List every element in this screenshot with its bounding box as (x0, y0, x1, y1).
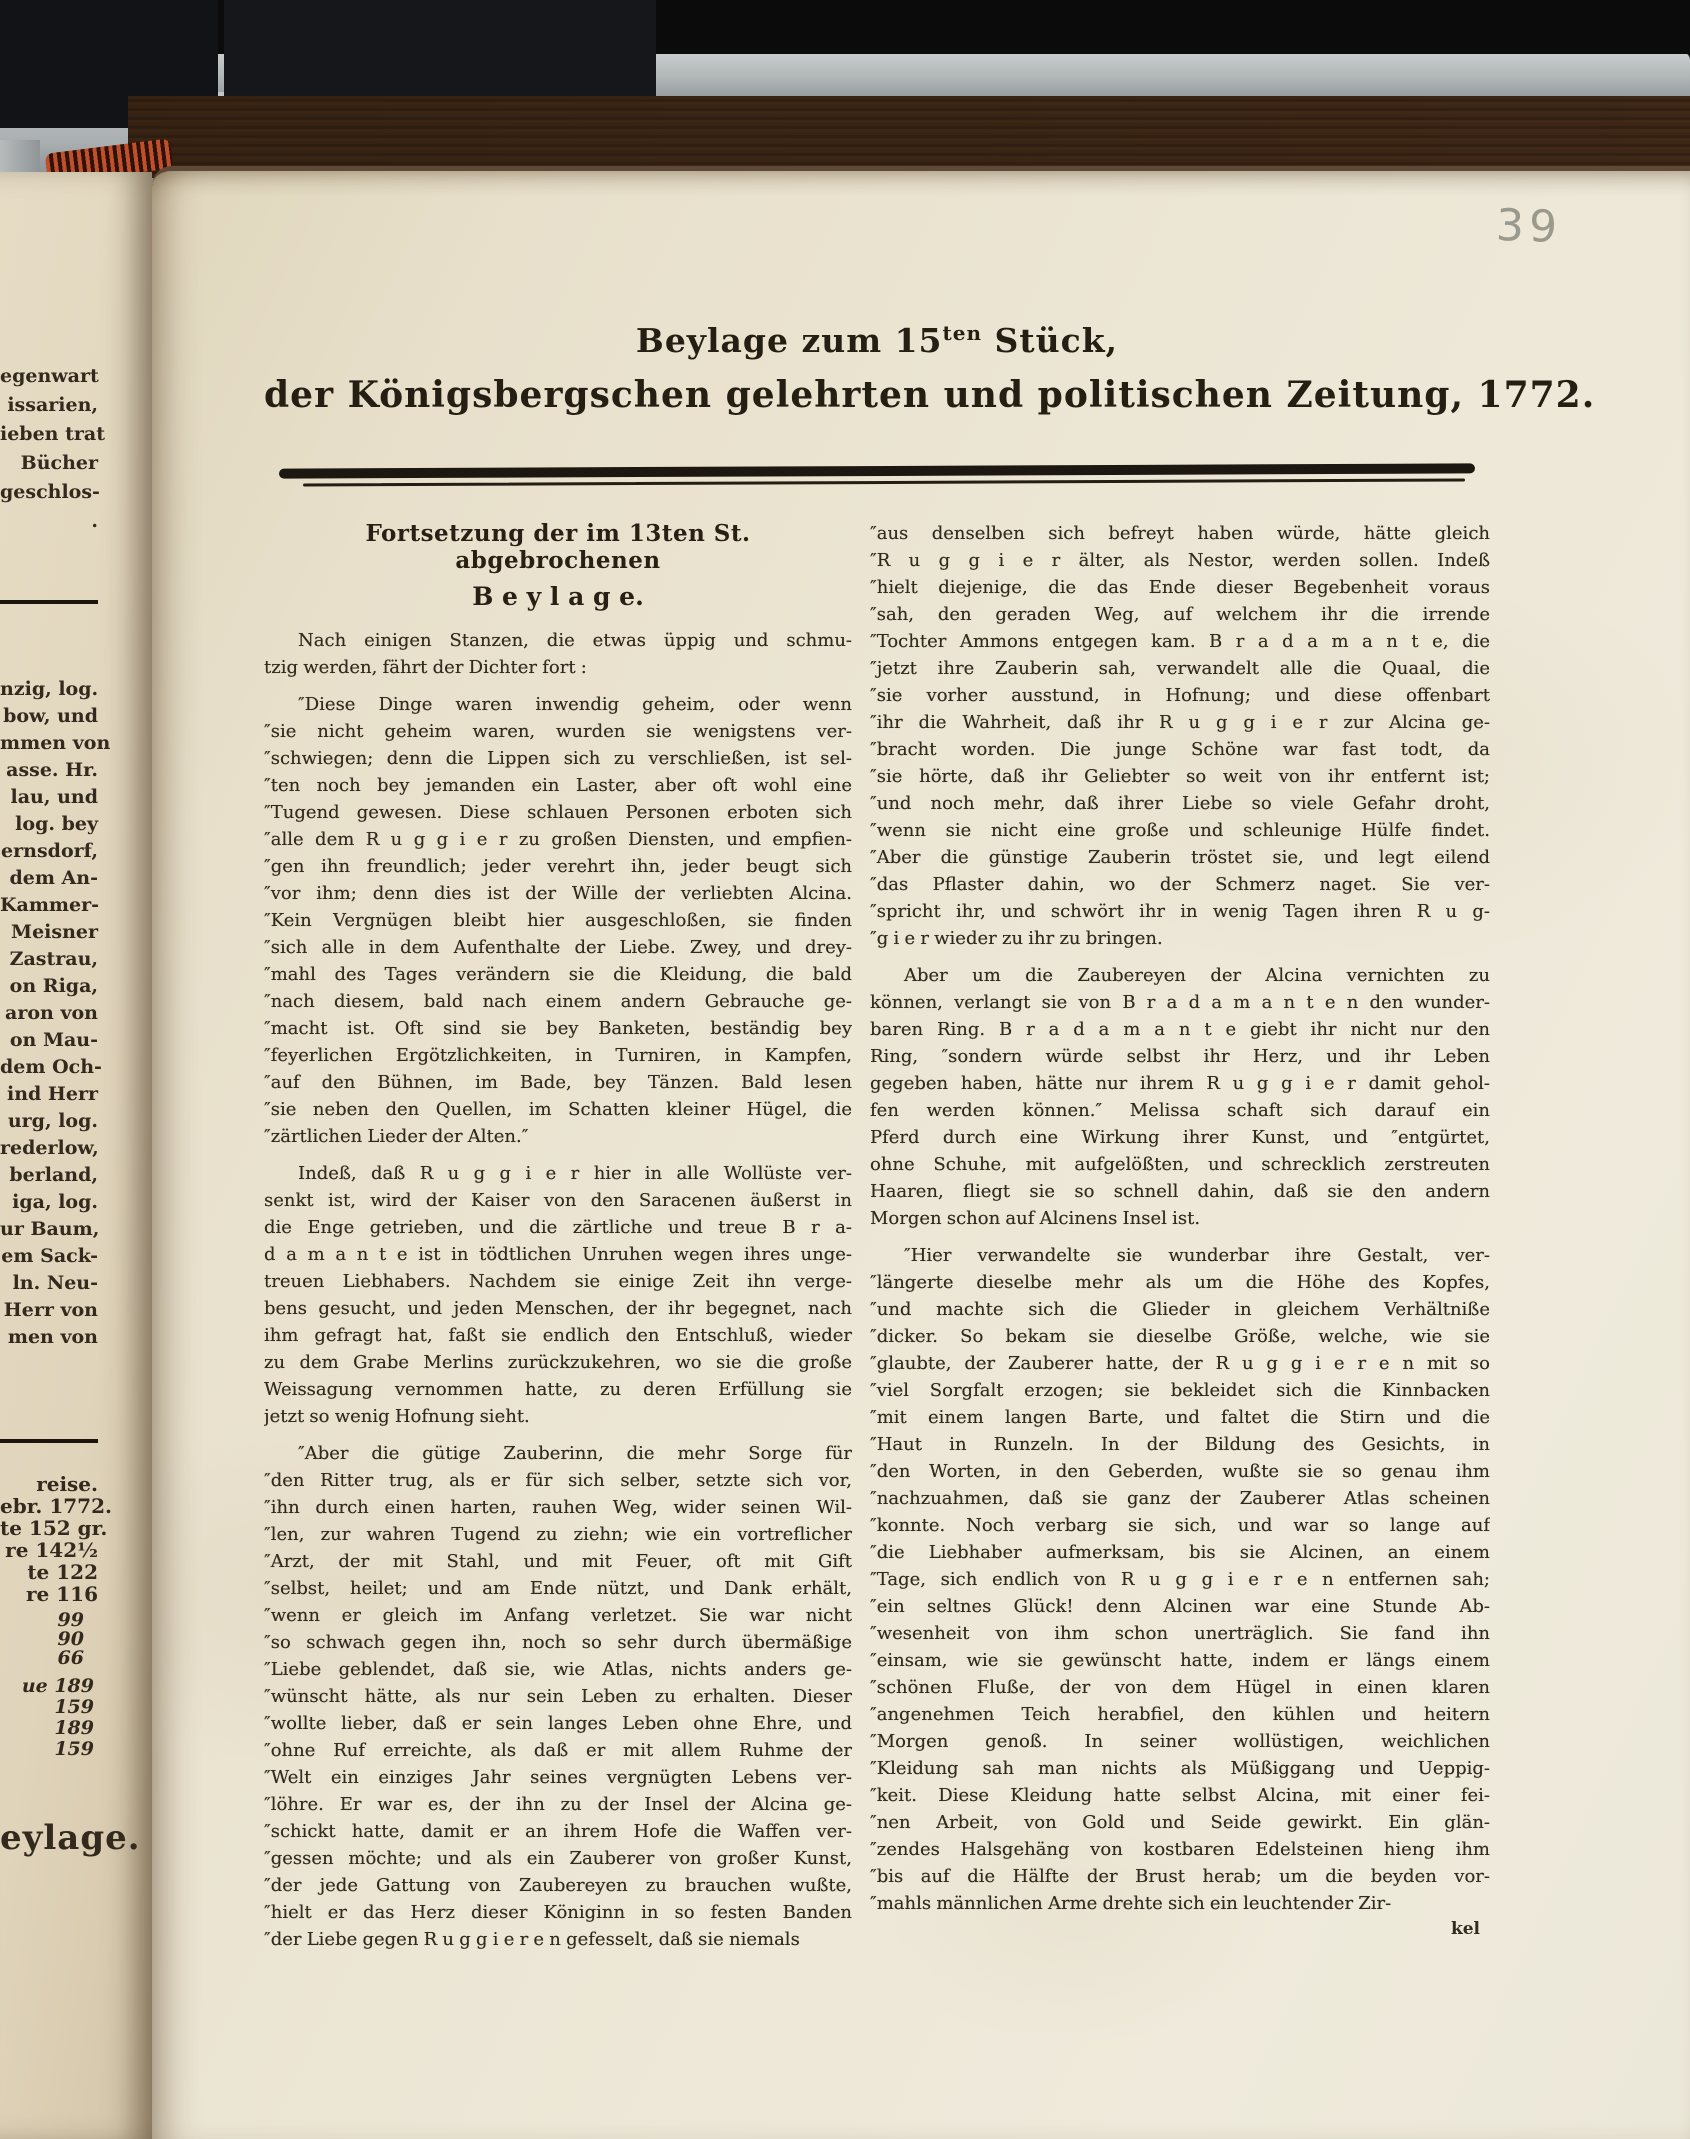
text-line: ″gessen möchte; und als ein Zauberer von… (264, 1845, 852, 1872)
text-line: ″der jede Gattung von Zaubereyen zu brau… (264, 1872, 852, 1899)
margin-text-fragment: berland, (0, 1162, 98, 1189)
margin-text-fragment: ieben trat (0, 420, 98, 449)
margin-text-fragment: on Riga, (0, 973, 98, 1000)
text-line: ″Kein Vergnügen bleibt hier ausgeschloße… (264, 907, 852, 934)
margin-text-fragment: dem An- (0, 865, 98, 892)
text-line: ″und noch mehr, daß ihrer Liebe so viele… (870, 790, 1490, 817)
margin-text-fragment: Herr von (0, 1297, 98, 1324)
text-line: Indeß, daß R u g g i e r hier in alle Wo… (264, 1160, 852, 1187)
text-line: Haaren, fliegt sie so schnell dahin, daß… (870, 1178, 1490, 1205)
masthead-line1-text: Beylage zum 15 (636, 321, 943, 360)
paragraph: Indeß, daß R u g g i e r hier in alle Wo… (264, 1160, 852, 1430)
text-line: ″g i e r wieder zu ihr zu bringen. (870, 925, 1490, 952)
masthead-line1: Beylage zum 15ten Stück, (264, 321, 1490, 360)
text-line: ″R u g g i e r älter, als Nestor, werden… (870, 547, 1490, 574)
margin-text-fragment: ln. Neu- (0, 1270, 98, 1297)
text-line: Aber um die Zaubereyen der Alcina vernic… (870, 962, 1490, 989)
text-line: ″ein seltnes Glück! denn Alcinen war ein… (870, 1593, 1490, 1620)
text-line: können, verlangt sie von B r a d a m a n… (870, 989, 1490, 1016)
masthead-rule (279, 463, 1475, 486)
column-left: Fortsetzung der im 13ten St. abgebrochen… (264, 520, 852, 1953)
text-line: ″mahl des Tages verändern sie die Kleidu… (264, 961, 852, 988)
text-line: ″sie neben den Quellen, im Schatten klei… (264, 1096, 852, 1123)
margin-text-fragment: rederlow, (0, 1135, 98, 1162)
text-line: ″bracht worden. Die junge Schöne war fas… (870, 736, 1490, 763)
text-line: ″den Worten, in den Geberden, wußte sie … (870, 1458, 1490, 1485)
text-line: ″schönen Fluße, der von dem Hügel in ein… (870, 1674, 1490, 1701)
text-line: ″so schwach gegen ihn, noch so sehr durc… (264, 1629, 852, 1656)
margin-text-fragment: Kammer- (0, 892, 98, 919)
text-line: ″Tochter Ammons entgegen kam. B r a d a … (870, 628, 1490, 655)
text-line: ″schickt hatte, damit er an ihrem Hofe d… (264, 1818, 852, 1845)
text-line: ″Tugend gewesen. Diese schlauen Personen… (264, 799, 852, 826)
margin-text-fragment: men von (0, 1324, 98, 1351)
margin-text-fragment: aron von (0, 1000, 98, 1027)
text-line: ″jetzt ihre Zauberin sah, verwandelt all… (870, 655, 1490, 682)
masthead-rule-thin (303, 478, 1465, 486)
text-line: ″löhre. Er war es, der ihn zu der Insel … (264, 1791, 852, 1818)
text-line: ″keit. Diese Kleidung hatte selbst Alcin… (870, 1782, 1490, 1809)
text-line: baren Ring. B r a d a m a n t e giebt ih… (870, 1016, 1490, 1043)
catchword: kel (870, 1917, 1490, 1941)
text-line: ″wenn sie nicht eine große und schleunig… (870, 817, 1490, 844)
margin-text-fragment: dem Och- (0, 1054, 98, 1081)
text-line: ″selbst, heilet; und am Ende nützt, und … (264, 1575, 852, 1602)
text-line: ″wenn er gleich im Anfang verletzet. Sie… (264, 1602, 852, 1629)
margin-text-fragment: . (0, 507, 98, 536)
margin-text-fragment: reise. (0, 1473, 98, 1495)
text-line: ″Welt ein einziges Jahr seines vergnügte… (264, 1764, 852, 1791)
text-line: ″zärtlichen Lieder der Alten.″ (264, 1123, 852, 1150)
text-line: ″glaubte, der Zauberer hatte, der R u g … (870, 1350, 1490, 1377)
left-column-paragraphs: Nach einigen Stanzen, die etwas üppig un… (264, 627, 852, 1953)
text-line: ″mahls männlichen Arme drehte sich ein l… (870, 1890, 1490, 1917)
text-line: ″das Pflaster dahin, wo der Schmerz nage… (870, 871, 1490, 898)
text-line: ″sie vorher ausstund, in Hofnung; und di… (870, 682, 1490, 709)
text-line: ″ohne Ruf erreichte, als daß er mit alle… (264, 1737, 852, 1764)
margin-text-fragment: Zastrau, (0, 946, 98, 973)
masthead-line1-tail: Stück, (982, 321, 1118, 360)
text-line: ″sie nicht geheim waren, wurden sie weni… (264, 718, 852, 745)
text-line: ″Diese Dinge waren inwendig geheim, oder… (264, 691, 852, 718)
text-line: Ring, ″sondern würde selbst ihr Herz, un… (870, 1043, 1490, 1070)
text-line: ″nen Arbeit, von Gold und Seide gewirkt.… (870, 1809, 1490, 1836)
text-line: ″alle dem R u g g i e r zu großen Dienst… (264, 826, 852, 853)
text-line: ″längerte dieselbe mehr als um die Höhe … (870, 1269, 1490, 1296)
text-line: ″Aber die gütige Zauberinn, die mehr Sor… (264, 1440, 852, 1467)
text-line: ″nachzuahmen, daß sie ganz der Zauberer … (870, 1485, 1490, 1512)
margin-text-fragment: ue 189 (0, 1676, 94, 1697)
text-line: ″Hier verwandelte sie wunderbar ihre Ges… (870, 1242, 1490, 1269)
text-line: Morgen schon auf Alcinens Insel ist. (870, 1205, 1490, 1232)
text-line: ″hielt er das Herz dieser Königinn in so… (264, 1899, 852, 1926)
masthead-ordinal-sup: ten (943, 321, 983, 345)
margin-text-fragment: 159 (0, 1739, 94, 1760)
text-line: ″ihn durch einen harten, rauhen Weg, wid… (264, 1494, 852, 1521)
margin-text-fragment: 66 (0, 1649, 84, 1668)
column-right: ″aus denselben sich befreyt haben würde,… (870, 520, 1490, 1953)
margin-text-fragment: mmen von (0, 730, 98, 757)
margin-text-fragment: egenwart (0, 362, 98, 391)
margin-beylage-word: eylage. (0, 1818, 104, 1858)
text-line: ″mit einem langen Barte, und faltet die … (870, 1404, 1490, 1431)
margin-text-fragment: iga, log. (0, 1189, 98, 1216)
margin-text-fragment: log. bey (0, 811, 98, 838)
text-line: ″Tage, sich endlich von R u g g i e r e … (870, 1566, 1490, 1593)
margin-text-fragment: on Mau- (0, 1027, 98, 1054)
text-line: ″hielt diejenige, die das Ende dieser Be… (870, 574, 1490, 601)
text-line: ″einsam, wie sie gewünscht hatte, indem … (870, 1647, 1490, 1674)
text-line: treuen Liebhabers. Nachdem sie einige Ze… (264, 1268, 852, 1295)
text-line: zu dem Grabe Merlins zurückzukehren, wo … (264, 1349, 852, 1376)
facing-page-strip: egenwart issarien, ieben trat Bücher ges… (0, 172, 152, 2139)
margin-rule-2 (0, 1439, 98, 1443)
text-line: ″sie hörte, daß ihr Geliebter so weit vo… (870, 763, 1490, 790)
masthead-line2: der Königsbergschen gelehrten und politi… (264, 374, 1490, 416)
margin-text-fragment: geschlos- (0, 478, 98, 507)
margin-prices-b: 99 90 66 (0, 1611, 98, 1668)
text-line: ″bis auf die Hälfte der Brust herab; um … (870, 1863, 1490, 1890)
text-line: tzig werden, fährt der Dichter fort : (264, 654, 852, 681)
margin-prices-c: ue 189 159 189 159 (0, 1676, 98, 1760)
text-line: ″die Liebhaber aufmerksam, bis sie Alcin… (870, 1539, 1490, 1566)
margin-text-fragment: ernsdorf, (0, 838, 98, 865)
section-heading-line2: B e y l a g e. (264, 582, 852, 611)
margin-text-fragment: nzig, log. (0, 676, 98, 703)
margin-text-fragment: 189 (0, 1718, 94, 1739)
text-line: ″feyerlichen Ergötzlichkeiten, in Turnir… (264, 1042, 852, 1069)
right-column-paragraphs: ″aus denselben sich befreyt haben würde,… (870, 520, 1490, 1917)
text-line: ″gen ihn freundlich; jeder verehrt ihn, … (264, 853, 852, 880)
text-line: ihm gefragt hat, faßt sie endlich den En… (264, 1322, 852, 1349)
text-line: ″spricht ihr, und schwört ihr in wenig T… (870, 898, 1490, 925)
margin-text-fragment: re 116 (0, 1583, 98, 1605)
text-line: ″wollte lieber, daß er sein langes Leben… (264, 1710, 852, 1737)
text-line: ″und machte sich die Glieder in gleichem… (870, 1296, 1490, 1323)
text-line: ″Aber die günstige Zauberin tröstet sie,… (870, 844, 1490, 871)
margin-text-fragment: 159 (0, 1697, 94, 1718)
text-line: ″ten noch bey jemanden ein Laster, aber … (264, 772, 852, 799)
text-line: Nach einigen Stanzen, die etwas üppig un… (264, 627, 852, 654)
text-line: ohne Schuhe, mit aufgelößten, und schrec… (870, 1151, 1490, 1178)
masthead-rule-thick (279, 463, 1475, 478)
text-line: ″der Liebe gegen R u g g i e r e n gefes… (264, 1926, 852, 1953)
text-line: ″Arzt, der mit Stahl, und mit Feuer, oft… (264, 1548, 852, 1575)
paragraph: Aber um die Zaubereyen der Alcina vernic… (870, 962, 1490, 1232)
text-line: ″Liebe geblendet, daß sie, wie Atlas, ni… (264, 1656, 852, 1683)
text-line: bens gesucht, und jeden Menschen, der ih… (264, 1295, 852, 1322)
margin-text-fragment: ebr. 1772. (0, 1495, 98, 1517)
margin-text-fragment: te 152 gr. (0, 1517, 98, 1539)
paragraph: Nach einigen Stanzen, die etwas üppig un… (264, 627, 852, 681)
margin-text-fragment: issarien, (0, 391, 98, 420)
margin-fragments-mid: nzig, log. bow, und mmen von asse. Hr. l… (0, 676, 98, 1351)
margin-fragments-top: egenwart issarien, ieben trat Bücher ges… (0, 362, 98, 536)
margin-text-fragment: ur Baum, (0, 1216, 98, 1243)
section-heading-line1: Fortsetzung der im 13ten St. abgebrochen… (264, 520, 852, 574)
margin-text-fragment: asse. Hr. (0, 757, 98, 784)
text-line: senkt ist, wird der Kaiser von den Sarac… (264, 1187, 852, 1214)
margin-text-fragment: te 122 (0, 1561, 98, 1583)
page-number: 39 (1495, 200, 1563, 253)
text-line: ″Morgen genoß. In seiner wollüstigen, we… (870, 1728, 1490, 1755)
text-line: ″Kleidung sah man nichts als Müßiggang u… (870, 1755, 1490, 1782)
text-line: ″viel Sorgfalt erzogen; sie bekleidet si… (870, 1377, 1490, 1404)
margin-text-fragment: ind Herr (0, 1081, 98, 1108)
text-line: Pferd durch eine Wirkung ihrer Kunst, un… (870, 1124, 1490, 1151)
text-line: ″wesenheit von ihm schon unerträglich. S… (870, 1620, 1490, 1647)
text-line: ″ihr die Wahrheit, daß ihr R u g g i e r… (870, 709, 1490, 736)
text-line: gegeben haben, hätte nur ihrem R u g g i… (870, 1070, 1490, 1097)
text-line: ″angenehmen Teich herabfiel, den kühlen … (870, 1701, 1490, 1728)
margin-text-fragment: urg, log. (0, 1108, 98, 1135)
text-line: ″sich alle in dem Aufenthalte der Liebe.… (264, 934, 852, 961)
text-line: ″vor ihm; denn dies ist der Wille der ve… (264, 880, 852, 907)
paragraph: ″Aber die gütige Zauberinn, die mehr Sor… (264, 1440, 852, 1953)
margin-text-fragment: Bücher (0, 449, 98, 478)
text-line: Weissagung vernommen hatte, zu deren Erf… (264, 1376, 852, 1403)
text-line: ″schwiegen; denn die Lippen sich zu vers… (264, 745, 852, 772)
text-line: ″len, zur wahren Tugend zu ziehn; wie ei… (264, 1521, 852, 1548)
text-line: ″nach diesem, bald nach einem andern Geb… (264, 988, 852, 1015)
text-line: ″auf den Bühnen, im Bade, bey Tänzen. Ba… (264, 1069, 852, 1096)
margin-text-fragment: Meisner (0, 919, 98, 946)
margin-rule (0, 600, 98, 604)
scanned-book-photo: egenwart issarien, ieben trat Bücher ges… (0, 0, 1690, 2139)
margin-prices-a: reise. ebr. 1772. te 152 gr. re 142½ te … (0, 1473, 98, 1605)
margin-text-fragment: re 142½ (0, 1539, 98, 1561)
text-line: ″dicker. So bekam sie dieselbe Größe, we… (870, 1323, 1490, 1350)
paragraph: ″Hier verwandelte sie wunderbar ihre Ges… (870, 1242, 1490, 1917)
text-line: ″macht ist. Oft sind sie bey Banketen, b… (264, 1015, 852, 1042)
margin-text-fragment: em Sack- (0, 1243, 98, 1270)
text-line: die Enge getrieben, und die zärtliche un… (264, 1214, 852, 1241)
margin-text-fragment: bow, und (0, 703, 98, 730)
text-line: jetzt so wenig Hofnung sieht. (264, 1403, 852, 1430)
text-line: ″den Ritter trug, als er für sich selber… (264, 1467, 852, 1494)
margin-text-fragment: lau, und (0, 784, 98, 811)
paragraph: ″Diese Dinge waren inwendig geheim, oder… (264, 691, 852, 1150)
text-line: ″konnte. Noch verbarg sie sich, und war … (870, 1512, 1490, 1539)
text-line: ″sah, den geraden Weg, auf welchem ihr d… (870, 601, 1490, 628)
scanned-page: 39 Beylage zum 15ten Stück, der Königsbe… (152, 166, 1690, 2139)
text-line: ″zendes Halsgehäng von kostbaren Edelste… (870, 1836, 1490, 1863)
text-line: fen werden können.″ Melissa schaft sich … (870, 1097, 1490, 1124)
paragraph: ″aus denselben sich befreyt haben würde,… (870, 520, 1490, 952)
text-line: ″Haut in Runzeln. In der Bildung des Ges… (870, 1431, 1490, 1458)
text-line: ″aus denselben sich befreyt haben würde,… (870, 520, 1490, 547)
text-line: d a m a n t e ist in tödtlichen Unruhen … (264, 1241, 852, 1268)
text-line: ″wünscht hätte, als nur sein Leben zu er… (264, 1683, 852, 1710)
